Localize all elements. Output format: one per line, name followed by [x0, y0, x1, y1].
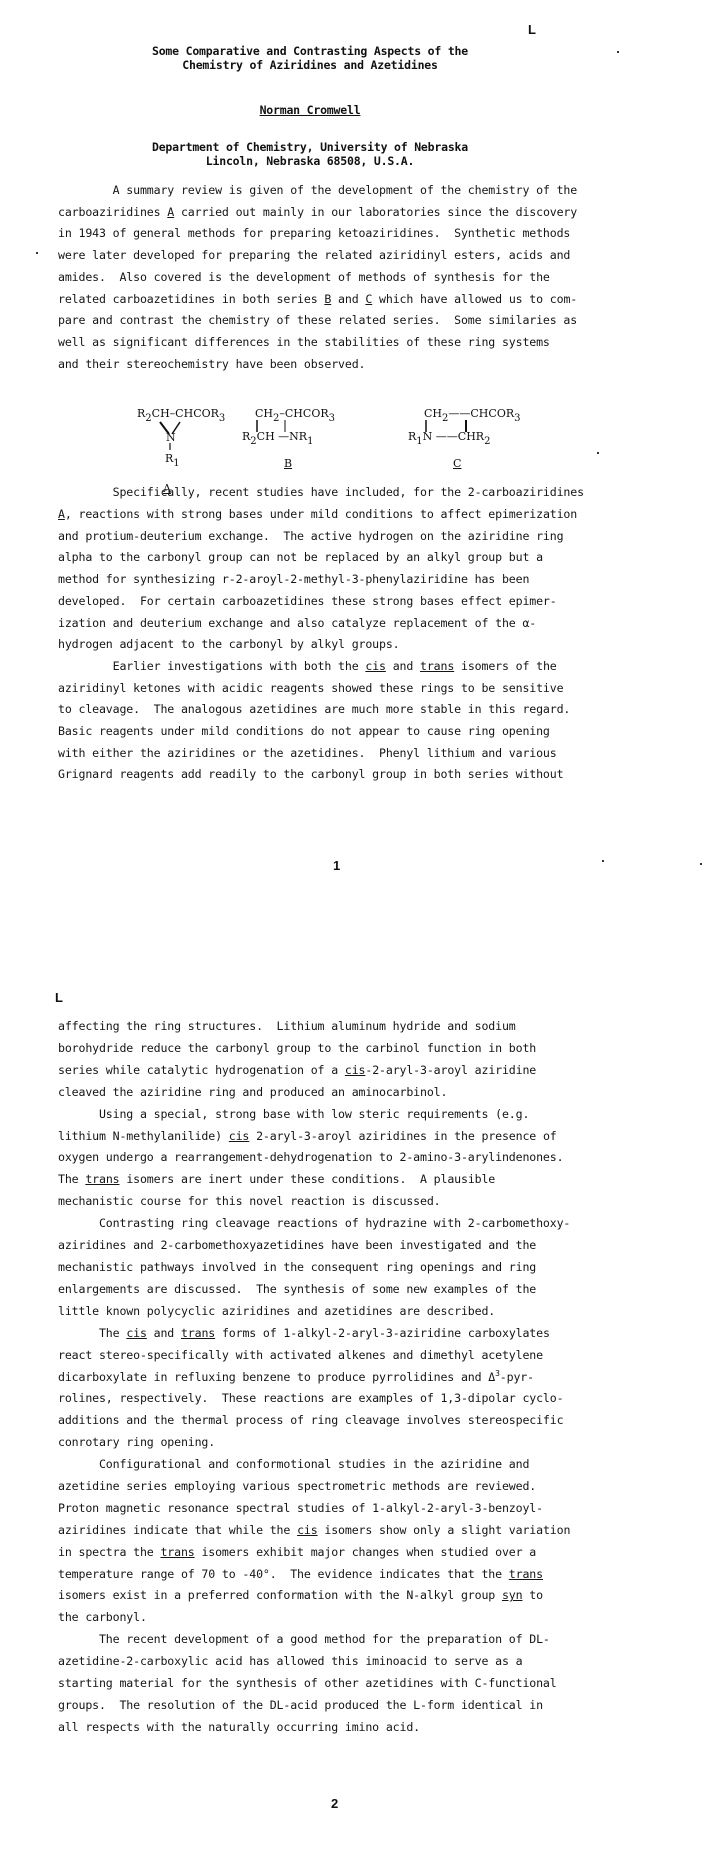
text-line: dicarboxylate in refluxing benzene to pr…	[58, 1369, 534, 1384]
text-line: Earlier investigations with both the cis…	[58, 659, 557, 673]
text-line: little known polycyclic aziridines and a…	[58, 1304, 495, 1318]
structure-A-nitrogen: N	[166, 431, 176, 444]
page2-corner-mark: L	[55, 990, 63, 1005]
text-line: all respects with the naturally occurrin…	[58, 1720, 420, 1734]
text-line: and protium-deuterium exchange. The acti…	[58, 529, 563, 543]
text-line: and their stereochemistry have been obse…	[58, 357, 365, 371]
text-line: azetidine-2-carboxylic acid has allowed …	[58, 1654, 522, 1668]
scan-speck	[36, 252, 38, 254]
text-line: groups. The resolution of the DL-acid pr…	[58, 1698, 543, 1712]
text-line: the carbonyl.	[58, 1610, 147, 1624]
text-line: series while catalytic hydrogenation of …	[58, 1063, 536, 1077]
page-number-1: 1	[333, 858, 340, 873]
text-line: The recent development of a good method …	[58, 1632, 550, 1646]
structure-C-label: C	[453, 457, 461, 470]
structure-A-r1: R1	[165, 452, 180, 469]
text-line: carboaziridines A carried out mainly in …	[58, 205, 577, 219]
text-line: lithium N-methylanilide) cis 2-aryl-3-ar…	[58, 1129, 557, 1143]
text-line: The cis and trans forms of 1-alkyl-2-ary…	[58, 1326, 550, 1340]
text-line: mechanistic pathways involved in the con…	[58, 1260, 536, 1274]
page1-corner-mark: L	[528, 22, 536, 37]
scan-speck	[602, 860, 604, 862]
structure-A-label: A	[163, 482, 171, 495]
text-line: with either the aziridines or the azetid…	[58, 746, 557, 760]
text-line: borohydride reduce the carbonyl group to…	[58, 1041, 536, 1055]
text-line: react stereo-specifically with activated…	[58, 1348, 543, 1362]
text-line: well as significant differences in the s…	[58, 335, 550, 349]
affiliation-line-1: Department of Chemistry, University of N…	[0, 140, 620, 154]
structure-C-bottom: R1N ——CHR2	[408, 430, 490, 447]
text-line: A summary review is given of the develop…	[58, 183, 577, 197]
text-line: method for synthesizing r-2-aroyl-2-meth…	[58, 572, 529, 586]
text-line: isomers exist in a preferred conformatio…	[58, 1588, 543, 1602]
text-line: mechanistic course for this novel reacti…	[58, 1194, 440, 1208]
text-line: cleaved the aziridine ring and produced …	[58, 1085, 447, 1099]
text-line: Proton magnetic resonance spectral studi…	[58, 1501, 543, 1515]
text-line: azetidine series employing various spect…	[58, 1479, 536, 1493]
text-line: pare and contrast the chemistry of these…	[58, 313, 577, 327]
scan-speck	[597, 452, 599, 454]
text-line: alpha to the carbonyl group can not be r…	[58, 550, 543, 564]
paper-title-line-1: Some Comparative and Contrasting Aspects…	[0, 44, 620, 58]
text-line: in 1943 of general methods for preparing…	[58, 226, 570, 240]
text-line: enlargements are discussed. The synthesi…	[58, 1282, 536, 1296]
text-line: The trans isomers are inert under these …	[58, 1172, 495, 1186]
text-line: to cleavage. The analogous azetidines ar…	[58, 702, 570, 716]
text-line: affecting the ring structures. Lithium a…	[58, 1019, 516, 1033]
text-line: Using a special, strong base with low st…	[58, 1107, 529, 1121]
text-line: Configurational and conformotional studi…	[58, 1457, 529, 1471]
text-line: amides. Also covered is the development …	[58, 270, 550, 284]
text-line: conrotary ring opening.	[58, 1435, 215, 1449]
text-line: temperature range of 70 to -40°. The evi…	[58, 1567, 543, 1581]
scan-speck	[617, 51, 619, 53]
text-line: aziridines and 2-carbomethoxyazetidines …	[58, 1238, 536, 1252]
text-line: in spectra the trans isomers exhibit maj…	[58, 1545, 536, 1559]
text-line: developed. For certain carboazetidines t…	[58, 594, 557, 608]
text-line: Grignard reagents add readily to the car…	[58, 767, 563, 781]
author-name: Norman Cromwell	[0, 103, 620, 117]
text-line: Specifically, recent studies have includ…	[58, 485, 584, 499]
text-line: Contrasting ring cleavage reactions of h…	[58, 1216, 570, 1230]
paper-title-line-2: Chemistry of Aziridines and Azetidines	[0, 58, 620, 72]
page-number-2: 2	[331, 1796, 338, 1811]
text-line: A, reactions with strong bases under mil…	[58, 507, 577, 521]
affiliation-line-2: Lincoln, Nebraska 68508, U.S.A.	[0, 154, 620, 168]
text-line: ization and deuterium exchange and also …	[58, 616, 536, 630]
structure-B-label: B	[284, 457, 292, 470]
text-line: rolines, respectively. These reactions a…	[58, 1391, 563, 1405]
text-line: aziridines indicate that while the cis i…	[58, 1523, 570, 1537]
text-line: aziridinyl ketones with acidic reagents …	[58, 681, 563, 695]
text-line: related carboazetidines in both series B…	[58, 292, 577, 306]
scan-speck	[700, 863, 702, 865]
text-line: additions and the thermal process of rin…	[58, 1413, 563, 1427]
text-line: oxygen undergo a rearrangement-dehydroge…	[58, 1150, 563, 1164]
author-underlined: Norman Cromwell	[260, 103, 361, 117]
structure-B-bottom: R2CH —NR1	[242, 430, 313, 447]
text-line: were later developed for preparing the r…	[58, 248, 570, 262]
text-line: starting material for the synthesis of o…	[58, 1676, 557, 1690]
text-line: hydrogen adjacent to the carbonyl by alk…	[58, 637, 400, 651]
text-line: Basic reagents under mild conditions do …	[58, 724, 550, 738]
